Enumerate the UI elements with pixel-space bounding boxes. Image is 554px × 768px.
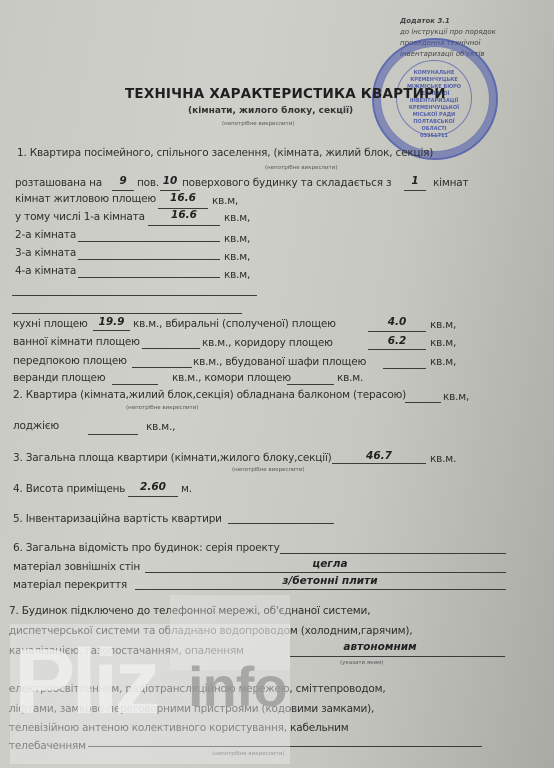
title-note: (непотрібне викреслити) <box>222 121 294 127</box>
storage-label: кв.м., комори площею <box>172 372 291 384</box>
section3-heading: 3. Загальна площа квартири (кімнати,жило… <box>13 452 332 464</box>
corridor-label: кв.м., коридору площею <box>202 337 333 349</box>
stamp-text: КОМУНАЛЬНЕКРЕМЕНЧУЦЬКЕМІЖМІСЬКЕ БЮРО ТЕХ… <box>400 70 468 140</box>
balcony-unit: кв.м, <box>443 391 469 403</box>
heating-note: (указати яким) <box>340 660 383 666</box>
watermark-logo: Pliz <box>14 630 156 735</box>
document-subtitle: (кімнати, жилого блоку, секції) <box>188 106 353 116</box>
located-label: розташована на <box>15 177 102 189</box>
total-area-unit: кв.м. <box>430 453 456 465</box>
kitchen-value: 19.9 <box>93 316 130 328</box>
section2-heading: 2. Квартира (кімната,жилий блок,секція) … <box>13 389 406 401</box>
height-value: 2.60 <box>128 481 178 493</box>
document-title: ТЕХНІЧНА ХАРАКТЕРИСТИКА КВАРТИРИ <box>125 86 446 102</box>
toilet-value: 4.0 <box>368 316 426 328</box>
heating-value: автономним <box>300 641 460 653</box>
unit-label: кв.м, <box>224 212 250 224</box>
unit-label: кв.м. <box>337 372 363 384</box>
height-unit: м. <box>181 483 192 495</box>
unit-label: кв.м, <box>430 356 456 368</box>
section3-note: (непотрібне викреслити) <box>232 467 304 473</box>
section2-note: (непотрібне викреслити) <box>126 405 198 411</box>
room3-label: 3-а кімната <box>15 247 76 259</box>
section6-heading: 6. Загальна відомість про будинок: серія… <box>13 542 280 554</box>
room2-label: 2-а кімната <box>15 229 76 241</box>
floor-value: 9 <box>112 175 134 187</box>
toilet-label: кв.м., вбиральні (сполученої) площею <box>133 318 336 330</box>
wardrobe-label: кв.м., вбудованої шафи площею <box>193 356 366 368</box>
section1-heading: 1. Квартира посімейного, спільного засел… <box>17 147 433 159</box>
unit-label: кв.м, <box>224 233 250 245</box>
floors-material-value: з/бетонні плити <box>250 575 410 587</box>
document-page: Додаток 3.1 до інструкції про порядок пр… <box>0 0 554 768</box>
unit-label: кв.м, <box>430 319 456 331</box>
unit-label: кв.м, <box>430 337 456 349</box>
bath-label: ванної кімнати площею <box>13 336 140 348</box>
rooms-label: кімнат <box>433 177 468 189</box>
corridor-value: 6.2 <box>368 335 426 347</box>
room1-label: у тому числі 1-а кімната <box>15 211 145 223</box>
loggia-unit: кв.м., <box>146 421 175 433</box>
floors-total-value: 10 <box>160 175 180 187</box>
total-area-value: 46.7 <box>332 450 426 462</box>
unit-label: кв.м, <box>224 251 250 263</box>
watermark-logo-suffix: info <box>188 654 287 719</box>
loggia-label: лоджією <box>13 420 59 432</box>
walls-label: матеріал зовнішніх стін <box>13 561 140 573</box>
unit-label: кв.м, <box>212 195 238 207</box>
kitchen-label: кухні площею <box>13 318 88 330</box>
hall-label: передпокою площею <box>13 355 127 367</box>
living-area-label: кімнат житловою площею <box>15 193 156 205</box>
section4-heading: 4. Висота приміщень <box>13 483 125 495</box>
room4-label: 4-а кімната <box>15 265 76 277</box>
appendix-title: Додаток 3.1 <box>400 16 496 27</box>
building-label: поверхового будинку та складається з <box>182 177 391 189</box>
walls-value: цегла <box>270 558 390 570</box>
room1-value: 16.6 <box>148 209 220 221</box>
appendix-line: до інструкції про порядок <box>400 27 496 38</box>
rooms-value: 1 <box>404 175 426 187</box>
veranda-label: веранди площею <box>13 372 105 384</box>
floor-label: пов. <box>137 177 159 189</box>
section5-heading: 5. Інвентаризаційна вартість квартири <box>13 513 222 525</box>
unit-label: кв.м, <box>224 269 250 281</box>
floors-material-label: матеріал перекриття <box>13 579 127 591</box>
living-area-value: 16.6 <box>158 192 208 204</box>
section1-note: (непотрібне викреслити) <box>265 165 337 171</box>
